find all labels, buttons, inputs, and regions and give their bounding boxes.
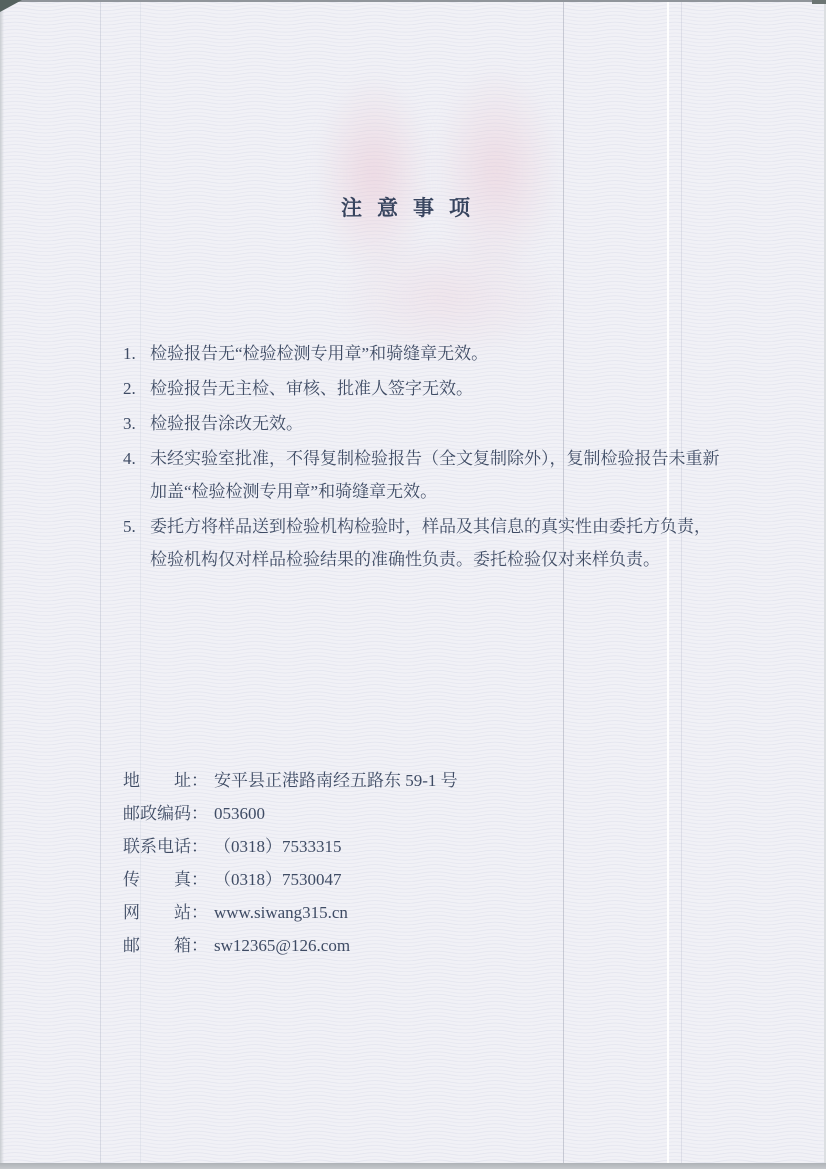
contact-value: www.siwang315.cn: [214, 896, 348, 929]
fold-crease: [681, 0, 682, 1169]
page-title: 注意事项: [0, 192, 826, 222]
note-item: 5. 委托方将样品送到检验机构检验时，样品及其信息的真实性由委托方负责，检验机构…: [123, 510, 720, 576]
separator: ：: [191, 797, 208, 830]
note-number: 5.: [123, 510, 150, 576]
contact-label: 网站: [123, 896, 191, 929]
fold-crease: [140, 0, 141, 1169]
contact-row-address: 地址：安平县正港路南经五路东 59-1 号: [123, 764, 458, 797]
contact-row-website: 网站：www.siwang315.cn: [123, 896, 458, 929]
note-number: 2.: [123, 372, 150, 405]
contact-value: （0318）7530047: [214, 863, 342, 896]
contact-value: 安平县正港路南经五路东 59-1 号: [214, 764, 458, 797]
note-text: 检验报告涂改无效。: [150, 407, 720, 440]
contact-label: 传真: [123, 863, 191, 896]
contact-value: 053600: [214, 797, 265, 830]
separator: ：: [191, 830, 208, 863]
note-item: 1. 检验报告无“检验检测专用章”和骑缝章无效。: [123, 337, 720, 370]
contact-value: （0318）7533315: [214, 830, 342, 863]
note-item: 4. 未经实验室批准，不得复制检验报告（全文复制除外），复制检验报告未重新加盖“…: [123, 442, 720, 508]
note-number: 1.: [123, 337, 150, 370]
fold-crease: [667, 0, 669, 1169]
separator: ：: [191, 929, 208, 962]
contact-row-fax: 传真：（0318）7530047: [123, 863, 458, 896]
separator: ：: [191, 896, 208, 929]
notes-list: 1. 检验报告无“检验检测专用章”和骑缝章无效。 2. 检验报告无主检、审核、批…: [123, 337, 720, 578]
contact-label: 联系电话: [123, 830, 191, 863]
note-text: 未经实验室批准，不得复制检验报告（全文复制除外），复制检验报告未重新加盖“检验检…: [150, 442, 720, 508]
stamp-bleedthrough: [318, 76, 430, 274]
contact-label: 邮政编码: [123, 797, 191, 830]
separator: ：: [191, 764, 208, 797]
contact-row-email: 邮箱：sw12365@126.com: [123, 929, 458, 962]
document-page: 注意事项 1. 检验报告无“检验检测专用章”和骑缝章无效。 2. 检验报告无主检…: [0, 0, 826, 1169]
stamp-bleedthrough: [436, 68, 558, 273]
fold-crease: [563, 0, 564, 1169]
contact-row-phone: 联系电话：（0318）7533315: [123, 830, 458, 863]
note-text: 检验报告无主检、审核、批准人签字无效。: [150, 372, 720, 405]
note-item: 3. 检验报告涂改无效。: [123, 407, 720, 440]
separator: ：: [191, 863, 208, 896]
fold-crease: [100, 0, 101, 1169]
contact-label: 地址: [123, 764, 191, 797]
guilloche-security-pattern: [0, 0, 826, 1169]
scanner-corner-artifact: [0, 0, 22, 12]
paper-edge-top: [0, 0, 826, 2]
contact-row-postcode: 邮政编码：053600: [123, 797, 458, 830]
paper-edge-left: [0, 0, 4, 1169]
note-number: 3.: [123, 407, 150, 440]
note-number: 4.: [123, 442, 150, 508]
note-item: 2. 检验报告无主检、审核、批准人签字无效。: [123, 372, 720, 405]
scanner-corner-artifact: [812, 0, 826, 4]
note-text: 检验报告无“检验检测专用章”和骑缝章无效。: [150, 337, 720, 370]
contact-info: 地址：安平县正港路南经五路东 59-1 号 邮政编码：053600 联系电话：（…: [123, 764, 458, 962]
contact-label: 邮箱: [123, 929, 191, 962]
paper-edge-bottom: [0, 1163, 826, 1169]
contact-value: sw12365@126.com: [214, 929, 350, 962]
note-text: 委托方将样品送到检验机构检验时，样品及其信息的真实性由委托方负责，检验机构仅对样…: [150, 510, 720, 576]
